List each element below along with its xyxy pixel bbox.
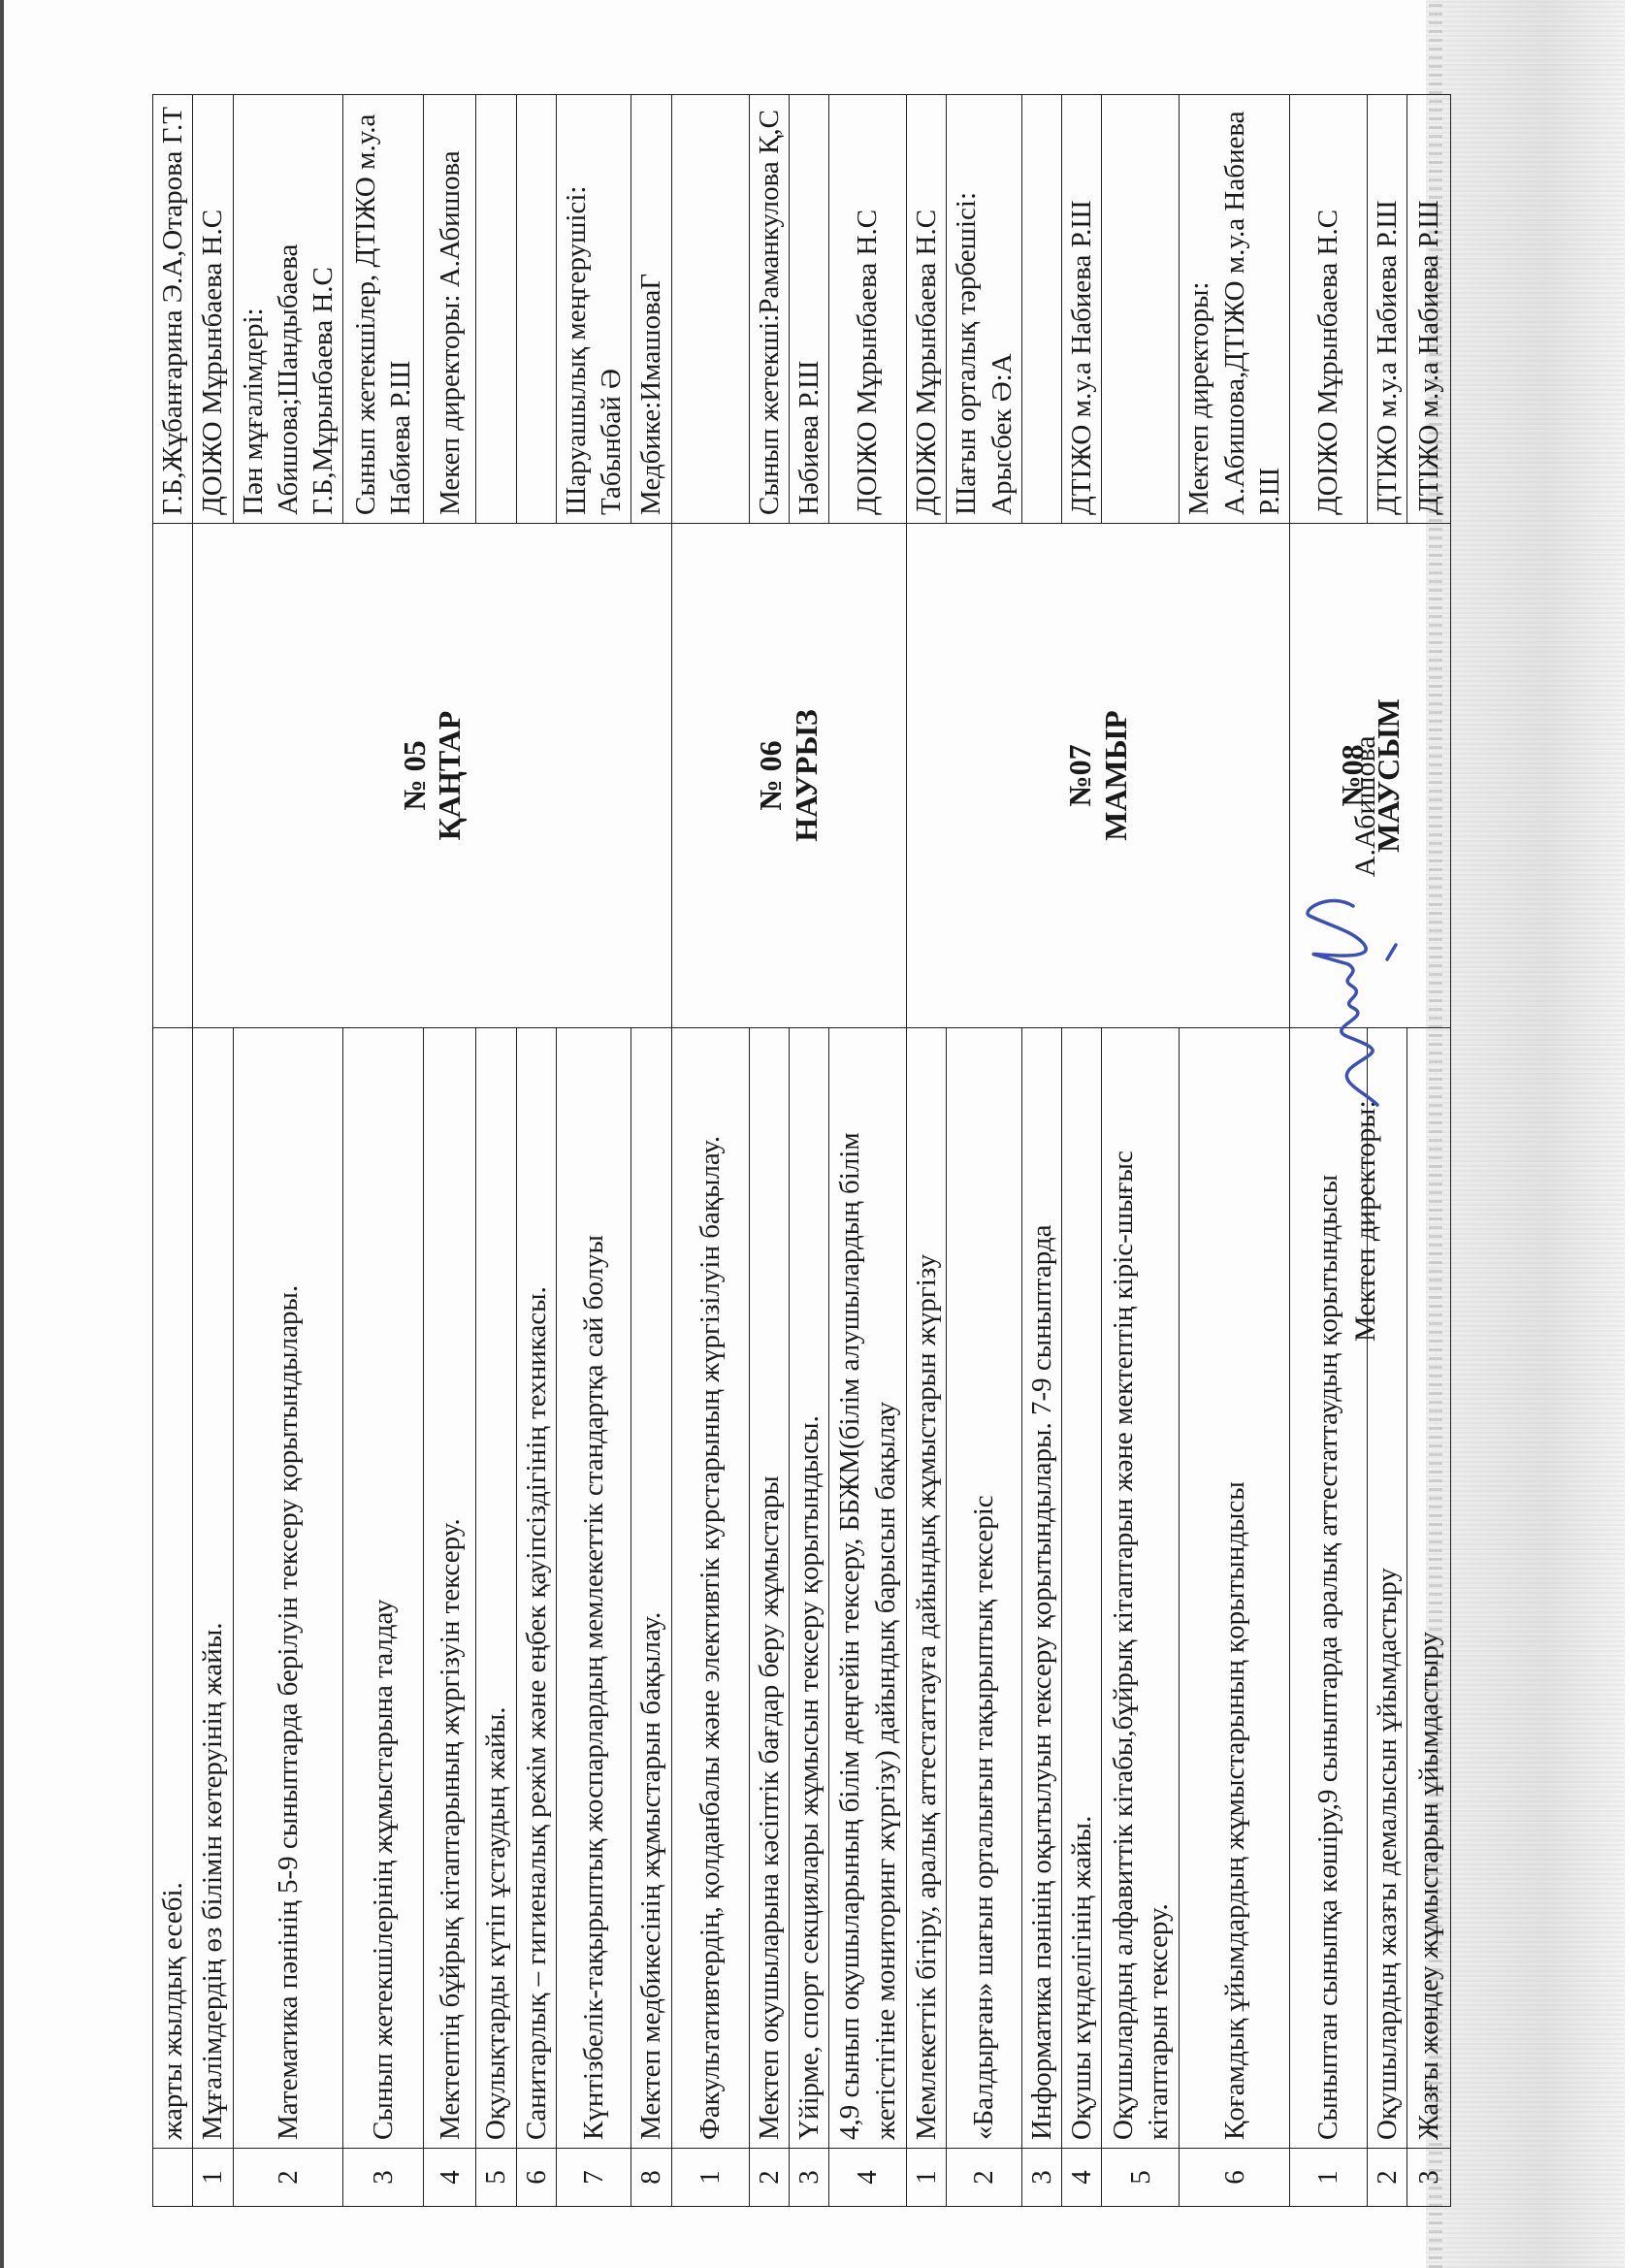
row-number: 3 — [789, 2149, 828, 2207]
work-plan-table: жарты жылдық есебі.Г.Б,Жұбанғарина Э.А,О… — [152, 94, 1451, 2207]
table-row: 6Санитарлық – гигиеналық режім және еңбе… — [516, 95, 556, 2207]
responsible-cell — [516, 95, 556, 524]
month-cell: № 06НАУРЫЗ — [671, 524, 907, 1028]
row-number: 5 — [476, 2149, 516, 2207]
row-number: 1 — [193, 2149, 233, 2207]
month-number: № 06 — [753, 532, 789, 1020]
table-row: 1Мемлекеттік бітіру, аралық аттестаттауғ… — [907, 95, 947, 2207]
signature — [1348, 887, 1387, 1100]
row-number: 8 — [631, 2149, 671, 2207]
table-row: 4Оқушы күнделігінің жайы.ДТІЖО м.у.а Наб… — [1062, 95, 1102, 2207]
month-cell — [153, 524, 193, 1028]
responsible-cell — [1021, 95, 1061, 524]
responsible-cell: Мектеп директоры: А.Абишова,ДТІЖО м.у.а … — [1180, 95, 1290, 524]
month-name: МАМЫР — [1098, 532, 1134, 1020]
signature-icon — [1295, 877, 1402, 1110]
row-number: 5 — [1102, 2149, 1180, 2207]
table-row: 2Мектеп оқушыларына кәсіптік бағдар беру… — [749, 95, 789, 2207]
month-cell: №07МАМЫР — [907, 524, 1290, 1028]
table-row: 8 Мектеп медбикесінің жұмыстарын бақылау… — [631, 95, 671, 2207]
table-row: 5Оқулықтарды күтіп ұстаудың жайы. — [476, 95, 516, 2207]
table-row: 2Математика пәнінің 5-9 сыныптарда беріл… — [233, 95, 343, 2207]
month-cell: № 05ҚАҢТАР — [193, 524, 671, 1028]
row-number: 7 — [556, 2149, 631, 2207]
row-number: 3 — [1021, 2149, 1061, 2207]
activity-cell: Сынып жетекшілерінің жұмыстарына талдау — [343, 1028, 424, 2149]
table-row: 1Факультативтердің, қолданбалы және элек… — [671, 95, 749, 2207]
activity-cell: Жазғы жөндеу жұмыстарын ұйымдастыру — [1407, 1028, 1451, 2149]
row-number: 3 — [1407, 2149, 1451, 2207]
activity-cell: «Балдырған» шағын орталығын тақырыптық т… — [947, 1028, 1022, 2149]
row-number: 4 — [1062, 2149, 1102, 2207]
activity-cell: Қоғамдық ұйымдардың жұмыстарының қорытын… — [1180, 1028, 1290, 2149]
row-number: 1 — [671, 2149, 749, 2207]
activity-cell: жарты жылдық есебі. — [153, 1028, 193, 2149]
responsible-cell: Сынып жетекші:Раманкулова Қ,С — [749, 95, 789, 524]
table-row: 3Жазғы жөндеу жұмыстарын ұйымдастыруДТІЖ… — [1407, 95, 1451, 2207]
row-number: 3 — [343, 2149, 424, 2207]
row-number: 2 — [1368, 2149, 1407, 2207]
row-number: 2 — [233, 2149, 343, 2207]
responsible-cell: Мекеп директоры: А.Абишова — [424, 95, 476, 524]
row-number: 4 — [424, 2149, 476, 2207]
month-number: № 05 — [397, 532, 433, 1020]
responsible-cell: Шағын орталық тәрбешісі: Арысбек Ә:А — [947, 95, 1022, 524]
activity-cell: Санитарлық – гигиеналық режім және еңбек… — [516, 1028, 556, 2149]
activity-cell: Үйірме, спорт секциялары жұмысын тексеру… — [789, 1028, 828, 2149]
row-number: 6 — [1180, 2149, 1290, 2207]
activity-cell: Оқулықтарды күтіп ұстаудың жайы. — [476, 1028, 516, 2149]
table-row: 5Оқушылардың алфавиттік кітабы,бұйрық кі… — [1102, 95, 1180, 2207]
table-row: 1Мұғалімдердің өз білімін көтеруінің жай… — [193, 95, 233, 2207]
responsible-cell: Сынып жетекшілер, ДТІЖО м.у.а Набиева Р.… — [343, 95, 424, 524]
activity-cell: Мұғалімдердің өз білімін көтеруінің жайы… — [193, 1028, 233, 2149]
responsible-cell: ДОІЖО Мұрынбаева Н.С — [193, 95, 233, 524]
responsible-cell — [476, 95, 516, 524]
month-number: №07 — [1062, 532, 1098, 1020]
activity-cell: Мемлекеттік бітіру, аралық аттестаттауға… — [907, 1028, 947, 2149]
row-number: 2 — [947, 2149, 1022, 2207]
activity-cell: Күнтізбелік-тақырыптық жоспарлардың мемл… — [556, 1028, 631, 2149]
row-number: 1 — [907, 2149, 947, 2207]
month-name: НАУРЫЗ — [789, 532, 824, 1020]
responsible-cell: Г.Б,Жұбанғарина Э.А,Отарова Г.Т — [153, 95, 193, 524]
row-number: 4 — [829, 2149, 907, 2207]
row-number — [153, 2149, 193, 2207]
activity-cell: Мектептің бұйрық кітаптарының жүргізуін … — [424, 1028, 476, 2149]
activity-cell: Информатика пәнінің оқытылуын тексеру қо… — [1021, 1028, 1061, 2149]
row-number: 2 — [749, 2149, 789, 2207]
signature-block: Мектеп директоры:А.Абишова — [1348, 735, 1387, 1342]
responsible-cell: ДОІЖО Мұрынбаева Н.С — [829, 95, 907, 524]
rotated-page: жарты жылдық есебі.Г.Б,Жұбанғарина Э.А,О… — [0, 0, 1649, 2268]
table-row: 3Сынып жетекшілерінің жұмыстарына талдау… — [343, 95, 424, 2207]
responsible-cell: Медбике:ИмашоваГ — [631, 95, 671, 524]
month-name: ҚАҢТАР — [432, 532, 468, 1020]
table-row: жарты жылдық есебі.Г.Б,Жұбанғарина Э.А,О… — [153, 95, 193, 2207]
table-row: 3Информатика пәнінің оқытылуын тексеру қ… — [1021, 95, 1061, 2207]
activity-cell: Оқушылардың алфавиттік кітабы,бұйрық кіт… — [1102, 1028, 1180, 2149]
row-number: 6 — [516, 2149, 556, 2207]
table-row: 6Қоғамдық ұйымдардың жұмыстарының қорыты… — [1180, 95, 1290, 2207]
responsible-cell: ДОІЖО Мұрынбаева Н.С — [907, 95, 947, 524]
responsible-cell: ДОІЖО Мұрынбаева Н.С — [1290, 95, 1368, 524]
table-row: 44,9 сынып оқушыларының білім деңгейін т… — [829, 95, 907, 2207]
row-number: 1 — [1290, 2149, 1368, 2207]
responsible-cell: Нәбиева Р.Ш — [789, 95, 828, 524]
director-name: А.Абишова — [1349, 735, 1381, 877]
responsible-cell — [671, 95, 749, 524]
table-row: 2«Балдырған» шағын орталығын тақырыптық … — [947, 95, 1022, 2207]
director-label: Мектеп директоры: — [1349, 1100, 1381, 1342]
activity-cell: 4,9 сынып оқушыларының білім деңгейін те… — [829, 1028, 907, 2149]
activity-cell: Мектеп медбикесінің жұмыстарын бақылау. — [631, 1028, 671, 2149]
responsible-cell: ДТІЖО м.у.а Набиева Р.Ш — [1407, 95, 1451, 524]
responsible-cell — [1102, 95, 1180, 524]
responsible-cell: Пән мұғалімдері: Абишова;Шандыбаева Г.Б,… — [233, 95, 343, 524]
activity-cell: Оқушы күнделігінің жайы. — [1062, 1028, 1102, 2149]
table-row: 4Мектептің бұйрық кітаптарының жүргізуін… — [424, 95, 476, 2207]
activity-cell: Математика пәнінің 5-9 сыныптарда берілу… — [233, 1028, 343, 2149]
responsible-cell: ДТІЖО м.у.а Набиева Р.Ш — [1062, 95, 1102, 524]
responsible-cell: Шаруашылық меңгерушісі: Табынбай Ә — [556, 95, 631, 524]
table-row: 3Үйірме, спорт секциялары жұмысын тексер… — [789, 95, 828, 2207]
table-row: 7Күнтізбелік-тақырыптық жоспарлардың мем… — [556, 95, 631, 2207]
activity-cell: Факультативтердің, қолданбалы және элект… — [671, 1028, 749, 2149]
activity-cell: Мектеп оқушыларына кәсіптік бағдар беру … — [749, 1028, 789, 2149]
responsible-cell: ДТІЖО м.у.а Набиева Р.Ш — [1368, 95, 1407, 524]
